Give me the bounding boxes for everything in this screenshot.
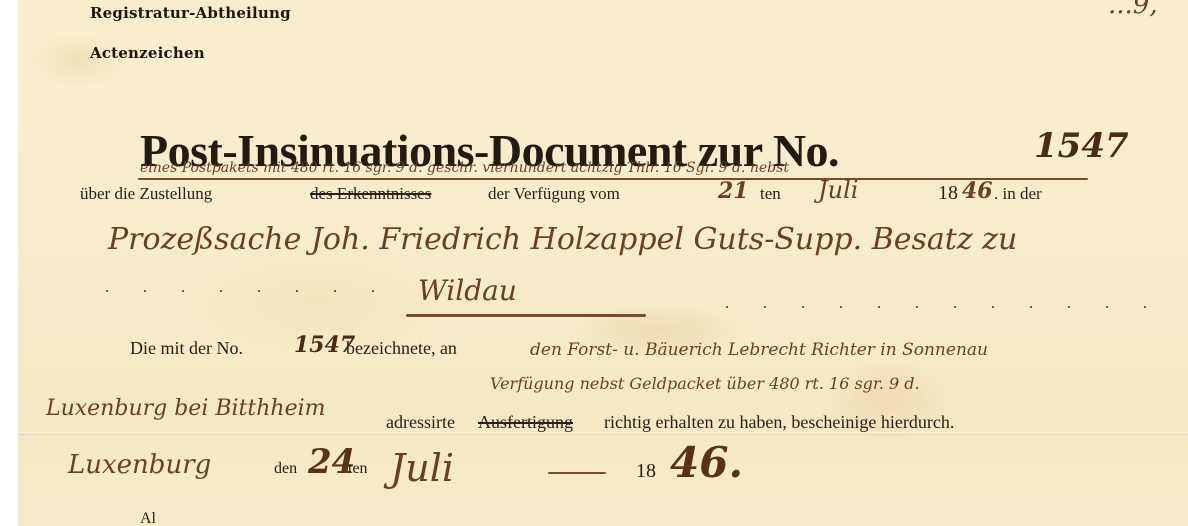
place-underline <box>406 314 646 317</box>
department-label: Registratur-Abtheilung <box>90 4 291 22</box>
dotted-line <box>88 290 388 292</box>
date-year-hand: 46. <box>670 438 743 487</box>
date-month: Juli <box>390 446 454 490</box>
line4-start: Die mit der No. <box>130 338 243 359</box>
line1-year-printed: 18 <box>938 182 958 205</box>
date-year-printed: 18 <box>636 460 656 483</box>
annotation-parcel: eines Postpakets mit 480 rt. 16 sgr. 9 d… <box>140 160 789 176</box>
line1-struck: des Erkenntnisses <box>310 184 431 204</box>
recipient-place: Luxenburg bei Bitthheim <box>46 396 326 421</box>
paper-fold <box>18 432 1188 435</box>
line1-year-hand: 46 <box>962 178 993 204</box>
line1-end: . in der <box>994 184 1042 204</box>
line5-struck: Ausfertigung <box>478 412 573 433</box>
line1-mid: der Verfügung vom <box>488 184 620 204</box>
date-ten: ten <box>348 460 368 478</box>
line1-start: über die Zustellung <box>80 184 212 204</box>
case-place: Wildau <box>418 274 517 307</box>
line1-ten: ten <box>760 184 781 204</box>
bottom-partial-text: Al <box>140 510 156 526</box>
annotation-order: Verfügung nebst Geldpacket über 480 rt. … <box>490 374 920 393</box>
recipient: den Forst- u. Bäuerich Lebrecht Richter … <box>530 340 988 360</box>
annotation-underline <box>138 178 1088 180</box>
line5-end: richtig erhalten zu haben, bescheinige h… <box>604 412 954 433</box>
title-number: 1547 <box>1034 126 1129 166</box>
date-den: den <box>274 460 297 478</box>
case-party: Prozeßsache Joh. Friedrich Holzappel Gut… <box>108 222 1017 257</box>
corner-mark: ...9, <box>1108 0 1158 20</box>
date-dash <box>548 472 606 474</box>
line5-mid: adressirte <box>386 412 455 433</box>
dotted-line <box>708 306 1178 308</box>
reference-label: Actenzeichen <box>90 44 205 62</box>
line4-mid: bezeichnete, an <box>346 338 457 359</box>
date-place: Luxenburg <box>68 450 211 480</box>
line1-day: 21 <box>718 178 749 204</box>
line1-month: Juli <box>818 176 858 204</box>
document-paper: Registratur-Abtheilung Actenzeichen ...9… <box>18 0 1188 526</box>
